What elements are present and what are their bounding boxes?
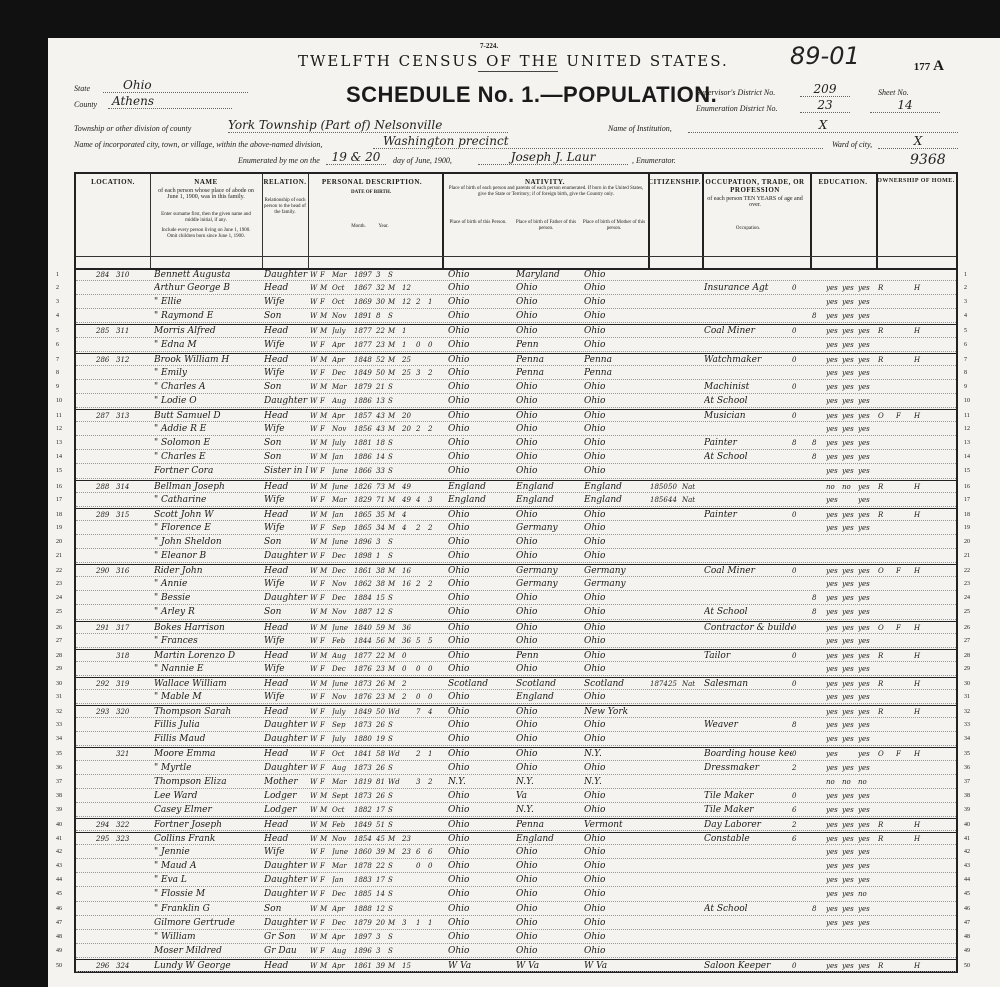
table-row: 3232293320Thompson SarahHeadWFJuly184950… xyxy=(76,705,956,718)
cell-mar: M xyxy=(388,282,402,295)
cell-name: " Jennie xyxy=(154,846,262,859)
cell-age: 15 xyxy=(376,592,388,605)
cell-name: " Raymond E xyxy=(154,310,262,323)
cell-name: Thompson Sarah xyxy=(154,706,262,719)
cell-moc: 2 xyxy=(416,578,428,591)
cell-fm: F xyxy=(896,565,914,578)
cell-eng: yes xyxy=(858,762,874,775)
cell-sex: F xyxy=(320,874,330,887)
row-number-right: 28 xyxy=(964,650,970,663)
cell-name: Lee Ward xyxy=(154,790,262,803)
cell-age: 71 xyxy=(376,494,388,507)
cell-fpob: Ohio xyxy=(516,874,580,887)
cell-ym: 20 xyxy=(402,410,416,423)
cell-moc: 0 xyxy=(416,663,428,676)
cell-color: W xyxy=(310,354,320,367)
cell-moc: 1 xyxy=(416,917,428,930)
row-number-right: 50 xyxy=(964,960,970,973)
cell-ym: 4 xyxy=(402,522,416,535)
table-row: 3535321Moore EmmaHeadWFOct184158Wd21Ohio… xyxy=(76,747,956,760)
cell-age: 3 xyxy=(376,945,388,958)
cell-read: yes xyxy=(826,367,842,380)
cell-read: yes xyxy=(826,833,842,846)
cell-fpob: Ohio xyxy=(516,410,580,423)
cell-color: W xyxy=(310,536,320,549)
cell-color: W xyxy=(310,719,320,732)
cell-mar: M xyxy=(388,296,402,309)
row-number-right: 5 xyxy=(964,325,967,338)
cell-dw: 296 xyxy=(96,960,114,973)
cell-pob: Ohio xyxy=(448,536,512,549)
cell-mpob: Ohio xyxy=(584,423,648,436)
cell-sex: M xyxy=(320,678,330,691)
cell-color: W xyxy=(310,592,320,605)
cell-year: 1840 xyxy=(354,622,376,635)
cell-mar: M xyxy=(388,678,402,691)
table-row: 4141295323Collins FrankHeadWMNov185445M2… xyxy=(76,832,956,845)
cell-eng: yes xyxy=(858,804,874,817)
cell-mpob: Ohio xyxy=(584,860,648,873)
cell-read: yes xyxy=(826,451,842,464)
supervisor-label: Supervisor's District No. xyxy=(696,88,775,97)
cell-mpob: Ohio xyxy=(584,381,648,394)
cell-fpob: Ohio xyxy=(516,606,580,619)
cell-eng: no xyxy=(858,776,874,789)
row-number: 48 xyxy=(56,931,62,944)
cell-mu: 8 xyxy=(792,719,806,732)
cell-write: yes xyxy=(842,804,858,817)
cell-fpob: Germany xyxy=(516,578,580,591)
cell-pob: Ohio xyxy=(448,790,512,803)
cell-fpob: Ohio xyxy=(516,325,580,338)
cell-month: Apr xyxy=(332,960,354,973)
cell-dw: 294 xyxy=(96,819,114,832)
cell-name: " Nannie E xyxy=(154,663,262,676)
cell-nat: Nat xyxy=(682,678,700,691)
cell-fh: H xyxy=(914,748,934,761)
cell-mpob: Ohio xyxy=(584,339,648,352)
row-number-right: 11 xyxy=(964,410,970,423)
cell-read: yes xyxy=(826,354,842,367)
cell-moc: 7 xyxy=(416,706,428,719)
cell-name: " William xyxy=(154,931,262,944)
cell-mu: 0 xyxy=(792,565,806,578)
cell-mu: 0 xyxy=(792,748,806,761)
cell-pob: W Va xyxy=(448,960,512,973)
page-number: 177 A xyxy=(914,58,944,75)
cell-mu: 0 xyxy=(792,509,806,522)
cell-color: W xyxy=(310,509,320,522)
cell-pob: Ohio xyxy=(448,635,512,648)
cell-fpob: Germany xyxy=(516,565,580,578)
table-row: 66" Edna MWifeWFApr187723M100OhioPennOhi… xyxy=(76,339,956,352)
cell-name: " Annie xyxy=(154,578,262,591)
cell-mar: Wd xyxy=(388,706,402,719)
row-number-right: 35 xyxy=(964,748,970,761)
cell-pob: Ohio xyxy=(448,592,512,605)
cell-sex: M xyxy=(320,451,330,464)
cell-fpob: Penn xyxy=(516,650,580,663)
cell-year: 1877 xyxy=(354,339,376,352)
cell-sex: M xyxy=(320,481,330,494)
supervisor-number: 209 xyxy=(800,82,850,97)
cell-mpob: Ohio xyxy=(584,509,648,522)
table-row: 3131" Mable MWifeWFNov187623M200OhioEngl… xyxy=(76,691,956,704)
cell-eng: yes xyxy=(858,423,874,436)
row-number: 40 xyxy=(56,819,62,832)
row-number-right: 6 xyxy=(964,339,967,352)
row-number-right: 46 xyxy=(964,903,970,916)
cell-rel: Head xyxy=(264,650,308,663)
row-number-right: 27 xyxy=(964,635,970,648)
cell-name: Butt Samuel D xyxy=(154,410,262,423)
cell-year: 1887 xyxy=(354,606,376,619)
cell-color: W xyxy=(310,903,320,916)
cell-mar: S xyxy=(388,945,402,958)
table-row: 2727" FrancesWifeWFFeb184456M3655OhioOhi… xyxy=(76,635,956,648)
cell-year: 1848 xyxy=(354,354,376,367)
cell-color: W xyxy=(310,451,320,464)
cell-pob: Ohio xyxy=(448,846,512,859)
cell-pob: Ohio xyxy=(448,733,512,746)
cell-month: Nov xyxy=(332,423,354,436)
cell-fam: 314 xyxy=(116,481,138,494)
cell-read: yes xyxy=(826,296,842,309)
cell-name: Bellman Joseph xyxy=(154,481,262,494)
cell-mu: 2 xyxy=(792,762,806,775)
cell-rel: Gr Son xyxy=(264,931,308,944)
cell-name: Fortner Cora xyxy=(154,465,262,478)
table-row: 3030292319Wallace WilliamHeadWMJune18732… xyxy=(76,677,956,690)
cell-name: Bennett Augusta xyxy=(154,269,262,282)
cell-eng: yes xyxy=(858,481,874,494)
cell-occ: At School xyxy=(704,903,792,916)
cell-rel: Head xyxy=(264,678,308,691)
cell-year: 1865 xyxy=(354,509,376,522)
cell-year: 1880 xyxy=(354,733,376,746)
cell-rel: Wife xyxy=(264,494,308,507)
cell-ym: 2 xyxy=(402,678,416,691)
group-occupation: OCCUPATION, TRADE, OR PROFESSION xyxy=(702,178,808,194)
cell-rel: Daughter xyxy=(264,762,308,775)
cell-yus: 50 xyxy=(668,481,682,494)
cell-color: W xyxy=(310,437,320,450)
cell-mar: S xyxy=(388,381,402,394)
cell-mpob: New York xyxy=(584,706,648,719)
cell-moc: 5 xyxy=(416,635,428,648)
row-number: 39 xyxy=(56,804,62,817)
cell-occ: Insurance Agt xyxy=(704,282,792,295)
cell-ym: 23 xyxy=(402,846,416,859)
cell-rel: Head xyxy=(264,748,308,761)
row-number: 12 xyxy=(56,423,62,436)
cell-year: 1876 xyxy=(354,691,376,704)
cell-cl: 2 xyxy=(428,367,440,380)
cell-rel: Daughter xyxy=(264,874,308,887)
township-value: York Township (Part of) Nelsonville xyxy=(228,118,508,133)
cell-mpob: Ohio xyxy=(584,663,648,676)
cell-color: W xyxy=(310,381,320,394)
cell-color: W xyxy=(310,874,320,887)
cell-dw: 293 xyxy=(96,706,114,719)
cell-eng: yes xyxy=(858,678,874,691)
cell-sex: F xyxy=(320,762,330,775)
cell-imm: 1856 xyxy=(650,494,668,507)
cell-occ: Constable xyxy=(704,833,792,846)
cell-write: yes xyxy=(842,719,858,732)
cell-mpob: Ohio xyxy=(584,310,648,323)
cell-read: yes xyxy=(826,706,842,719)
cell-month: Dec xyxy=(332,550,354,563)
cell-fpob: England xyxy=(516,691,580,704)
cell-moc: 4 xyxy=(416,494,428,507)
cell-rel: Wife xyxy=(264,578,308,591)
cell-sex: F xyxy=(320,269,330,282)
cell-month: Sep xyxy=(332,719,354,732)
row-number: 36 xyxy=(56,762,62,775)
cell-mpob: Ohio xyxy=(584,903,648,916)
cell-fh: H xyxy=(914,509,934,522)
cell-mpob: N.Y. xyxy=(584,776,648,789)
cell-sch: 8 xyxy=(812,903,826,916)
cell-name: " Myrtle xyxy=(154,762,262,775)
row-number-right: 23 xyxy=(964,578,970,591)
cell-pob: Ohio xyxy=(448,663,512,676)
cell-read: yes xyxy=(826,565,842,578)
cell-color: W xyxy=(310,465,320,478)
cell-write: yes xyxy=(842,819,858,832)
cell-fpob: W Va xyxy=(516,960,580,973)
row-number: 29 xyxy=(56,663,62,676)
cell-mar: Wd xyxy=(388,776,402,789)
cell-mpob: Ohio xyxy=(584,931,648,944)
cell-mpob: Ohio xyxy=(584,550,648,563)
cell-mpob: England xyxy=(584,481,648,494)
cell-eng: yes xyxy=(858,917,874,930)
cell-pob: England xyxy=(448,481,512,494)
cell-mar: S xyxy=(388,550,402,563)
table-row: 44" Raymond ESonWMNov18918SOhioOhioOhio8… xyxy=(76,310,956,323)
cell-fh: H xyxy=(914,833,934,846)
cell-read: yes xyxy=(826,846,842,859)
row-number: 10 xyxy=(56,395,62,408)
cell-read: yes xyxy=(826,678,842,691)
cell-occ: Coal Miner xyxy=(704,565,792,578)
cell-mpob: Ohio xyxy=(584,733,648,746)
cell-month: Dec xyxy=(332,367,354,380)
cell-mpob: Ohio xyxy=(584,606,648,619)
cell-age: 26 xyxy=(376,790,388,803)
cell-pob: England xyxy=(448,494,512,507)
table-row: 3939Casey ElmerLodgerWMOct188217SOhioN.Y… xyxy=(76,804,956,817)
cell-fam: 320 xyxy=(116,706,138,719)
cell-name: " Mable M xyxy=(154,691,262,704)
cell-sex: F xyxy=(320,691,330,704)
cell-rel: Head xyxy=(264,325,308,338)
cell-fpob: England xyxy=(516,481,580,494)
cell-pob: Ohio xyxy=(448,509,512,522)
cell-fpob: Ohio xyxy=(516,550,580,563)
row-number-right: 48 xyxy=(964,931,970,944)
document-title: TWELFTH CENSUS OF THE UNITED STATES. xyxy=(298,52,729,70)
cell-ym: 3 xyxy=(402,917,416,930)
cell-mar: M xyxy=(388,635,402,648)
cell-occ: Coal Miner xyxy=(704,325,792,338)
row-number-right: 47 xyxy=(964,917,970,930)
cell-fm: F xyxy=(896,748,914,761)
cell-read: yes xyxy=(826,622,842,635)
cell-mar: M xyxy=(388,960,402,973)
cell-name: Scott John W xyxy=(154,509,262,522)
cell-mpob: Ohio xyxy=(584,437,648,450)
cell-read: yes xyxy=(826,748,842,761)
table-row: 1313" Solomon ESonWMJuly188118SOhioOhioO… xyxy=(76,437,956,450)
cell-name: Arthur George B xyxy=(154,282,262,295)
row-number: 7 xyxy=(56,354,59,367)
group-name: NAME xyxy=(150,178,262,186)
cell-write: yes xyxy=(842,423,858,436)
state-value: Ohio xyxy=(103,78,248,93)
cell-fpob: Ohio xyxy=(516,860,580,873)
cell-age: 43 xyxy=(376,410,388,423)
cell-sex: M xyxy=(320,410,330,423)
cell-fam: 315 xyxy=(116,509,138,522)
cell-pob: Ohio xyxy=(448,423,512,436)
cell-yus: 44 xyxy=(668,494,682,507)
cell-color: W xyxy=(310,550,320,563)
cell-own: R xyxy=(878,678,896,691)
cell-write: yes xyxy=(842,678,858,691)
row-number: 44 xyxy=(56,874,62,887)
cell-ym: 16 xyxy=(402,578,416,591)
cell-year: 1877 xyxy=(354,650,376,663)
cell-ym: 0 xyxy=(402,650,416,663)
film-stamp: 89-01 xyxy=(790,42,860,70)
table-row: 11284310Bennett AugustaDaughterWFMar1897… xyxy=(76,268,956,281)
row-number-right: 44 xyxy=(964,874,970,887)
row-number: 26 xyxy=(56,622,62,635)
cell-pob: Ohio xyxy=(448,748,512,761)
cell-mpob: Vermont xyxy=(584,819,648,832)
cell-write: yes xyxy=(842,790,858,803)
cell-mar: S xyxy=(388,451,402,464)
cell-year: 1854 xyxy=(354,833,376,846)
cell-cl: 1 xyxy=(428,296,440,309)
cell-age: 59 xyxy=(376,622,388,635)
cell-pob: Ohio xyxy=(448,395,512,408)
cell-year: 1865 xyxy=(354,522,376,535)
cell-sex: F xyxy=(320,367,330,380)
cell-color: W xyxy=(310,269,320,282)
cell-fh: H xyxy=(914,325,934,338)
cell-cl: 6 xyxy=(428,846,440,859)
cell-read: yes xyxy=(826,410,842,423)
cell-fh: H xyxy=(914,678,934,691)
cell-color: W xyxy=(310,339,320,352)
table-row: 2828318Martin Lorenzo DHeadWMAug187722M0… xyxy=(76,649,956,662)
cell-eng: yes xyxy=(858,748,874,761)
cell-own: R xyxy=(878,650,896,663)
cell-pob: N.Y. xyxy=(448,776,512,789)
cell-write: yes xyxy=(842,410,858,423)
cell-fh: H xyxy=(914,960,934,973)
cell-color: W xyxy=(310,691,320,704)
row-number-right: 21 xyxy=(964,550,970,563)
cell-ym: 0 xyxy=(402,663,416,676)
cell-age: 17 xyxy=(376,804,388,817)
institution-value: X xyxy=(688,118,958,133)
cell-month: July xyxy=(332,733,354,746)
cell-sex: M xyxy=(320,509,330,522)
cell-fpob: N.Y. xyxy=(516,776,580,789)
cell-color: W xyxy=(310,522,320,535)
cell-year: 1849 xyxy=(354,706,376,719)
row-number-right: 10 xyxy=(964,395,970,408)
cell-own: O xyxy=(878,748,896,761)
cell-rel: Daughter xyxy=(264,269,308,282)
cell-mpob: Ohio xyxy=(584,296,648,309)
row-number: 38 xyxy=(56,790,62,803)
cell-write: yes xyxy=(842,354,858,367)
table-row: 2626291317Bokes HarrisonHeadWMJune184059… xyxy=(76,621,956,634)
row-number: 9 xyxy=(56,381,59,394)
cell-fm: F xyxy=(896,410,914,423)
cell-age: 19 xyxy=(376,733,388,746)
cell-own: O xyxy=(878,410,896,423)
cell-sex: F xyxy=(320,522,330,535)
table-row: 2525" Arley RSonWMNov188712SOhioOhioOhio… xyxy=(76,606,956,619)
table-row: 33" EllieWifeWFOct186930M1221OhioOhioOhi… xyxy=(76,296,956,309)
cell-color: W xyxy=(310,678,320,691)
cell-month: Mar xyxy=(332,494,354,507)
cell-year: 1877 xyxy=(354,325,376,338)
enumeration-label: Enumeration District No. xyxy=(696,104,778,113)
cell-color: W xyxy=(310,606,320,619)
cell-read: yes xyxy=(826,903,842,916)
cell-rel: Head xyxy=(264,960,308,973)
cell-pob: Ohio xyxy=(448,819,512,832)
row-number: 49 xyxy=(56,945,62,958)
cell-ym: 20 xyxy=(402,423,416,436)
cell-pob: Ohio xyxy=(448,903,512,916)
cell-age: 50 xyxy=(376,367,388,380)
table-row: 2424" BessieDaughterWFDec188415SOhioOhio… xyxy=(76,592,956,605)
cell-mar: M xyxy=(388,622,402,635)
cell-pob: Ohio xyxy=(448,833,512,846)
cell-cl: 2 xyxy=(428,776,440,789)
cell-eng: yes xyxy=(858,790,874,803)
cell-eng: yes xyxy=(858,522,874,535)
cell-moc: 2 xyxy=(416,423,428,436)
cell-fam: 323 xyxy=(116,833,138,846)
cell-read: yes xyxy=(826,509,842,522)
cell-occ: At School xyxy=(704,606,792,619)
row-number-right: 19 xyxy=(964,522,970,535)
cell-cl: 0 xyxy=(428,691,440,704)
row-number: 5 xyxy=(56,325,59,338)
cell-month: Mar xyxy=(332,269,354,282)
row-number-right: 38 xyxy=(964,790,970,803)
row-number-right: 36 xyxy=(964,762,970,775)
cell-age: 3 xyxy=(376,536,388,549)
cell-rel: Daughter xyxy=(264,550,308,563)
cell-fam: 316 xyxy=(116,565,138,578)
cell-year: 1886 xyxy=(354,395,376,408)
cell-write: no xyxy=(842,481,858,494)
cell-own: R xyxy=(878,282,896,295)
cell-age: 8 xyxy=(376,310,388,323)
cell-age: 26 xyxy=(376,719,388,732)
